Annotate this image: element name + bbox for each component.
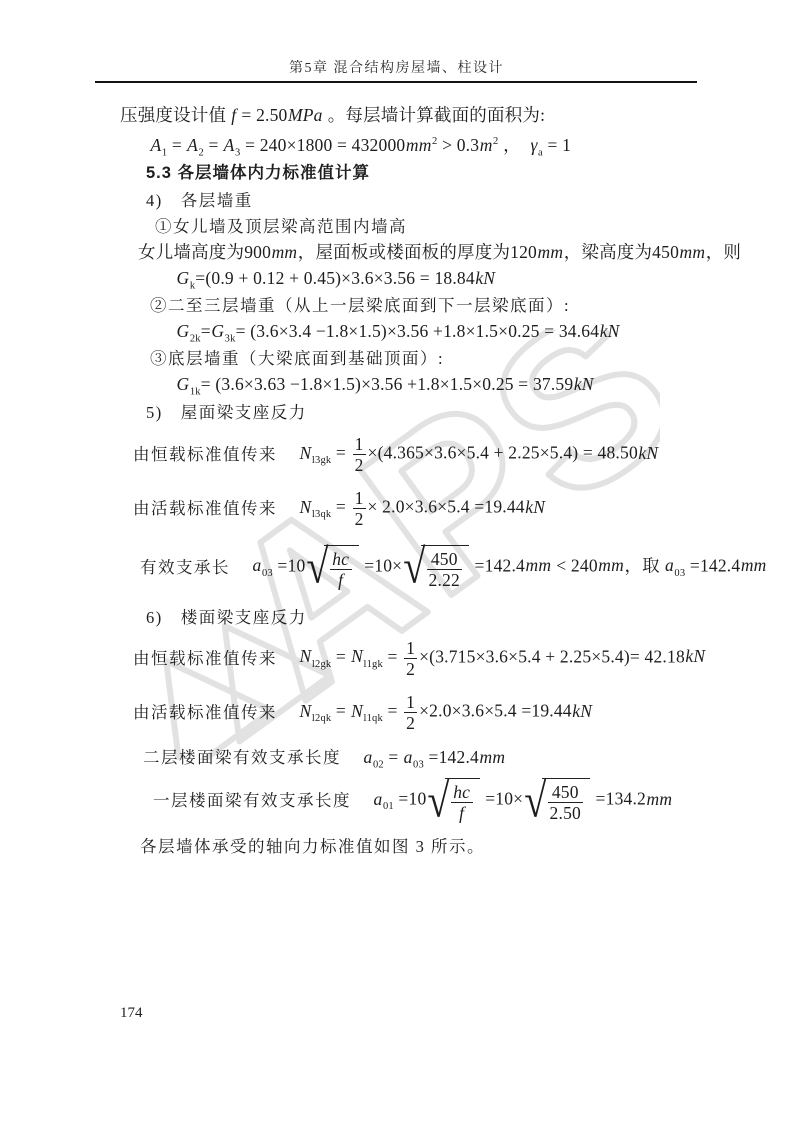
floor-live-load-label: 由活载标准值传来 bbox=[133, 701, 277, 724]
formula-gk: Gk=(0.9 + 0.12 + 0.45)×3.6×3.56 = 18.84k… bbox=[176, 267, 793, 290]
page-content: 压强度设计值 f = 2.50MPa 。每层墙计算截面的面积为: A1 = A2… bbox=[0, 96, 793, 858]
item-5-roof-beam-reaction: 5) 屋面梁支座反力 bbox=[146, 401, 793, 424]
formula-a03: a03 =10√hcf =10×√4502.22 =142.4mm < 240m… bbox=[252, 545, 767, 590]
formula-nl2qk: Nl2qk = Nl1qk = 12×2.0×3.6×5.4 =19.44kN bbox=[299, 692, 593, 733]
roof-dead-load-line: 由恒载标准值传来 Nl3gk = 12×(4.365×3.6×5.4 + 2.2… bbox=[133, 434, 793, 475]
parapet-dimensions-line: 女儿墙高度为900mm，屋面板或楼面板的厚度为120mm，梁高度为450mm，则 bbox=[138, 241, 793, 264]
section-heading: 5.3 各层墙体内力标准值计算 bbox=[146, 162, 793, 185]
subitem-2-middle-floors: ②二至三层墙重（从上一层梁底面到下一层梁底面）: bbox=[150, 294, 793, 317]
formula-g1k: G1k= (3.6×3.63 −1.8×1.5)×3.56 +1.8×1.5×0… bbox=[176, 373, 793, 396]
subitem-1-parapet: ①女儿墙及顶层梁高范围内墙高 bbox=[155, 215, 793, 238]
roof-live-load-line: 由活载标准值传来 Nl3qk = 12× 2.0×3.6×5.4 =19.44k… bbox=[133, 488, 793, 529]
formula-a01: a01 =10√hcf =10×√4502.50 =134.2mm bbox=[373, 778, 673, 823]
formula-g2k-g3k: G2k=G3k= (3.6×3.4 −1.8×1.5)×3.56 +1.8×1.… bbox=[176, 320, 793, 343]
closing-sentence: 各层墙体承受的轴向力标准值如图 3 所示。 bbox=[140, 835, 793, 858]
floor-dead-load-line: 由恒载标准值传来 Nl2gk = Nl1gk = 12×(3.715×3.6×5… bbox=[133, 638, 793, 679]
document-page: APS 第5章 混合结构房屋墙、柱设计 压强度设计值 f = 2.50MPa 。… bbox=[0, 0, 793, 1122]
header-divider bbox=[95, 81, 697, 83]
area-formula: A1 = A2 = A3 = 240×1800 = 432000mm2 > 0.… bbox=[150, 134, 793, 157]
item-4-wall-weight: 4) 各层墙重 bbox=[146, 189, 793, 212]
item-6-floor-beam-reaction: 6) 楼面梁支座反力 bbox=[146, 606, 793, 629]
subitem-3-bottom-floor: ③底层墙重（大梁底面到基础顶面）: bbox=[150, 347, 793, 370]
first-floor-support-length-label: 一层楼面梁有效支承长度 bbox=[153, 789, 351, 812]
effective-support-length-label: 有效支承长 bbox=[140, 556, 230, 579]
floor-live-load-line: 由活载标准值传来 Nl2qk = Nl1qk = 12×2.0×3.6×5.4 … bbox=[133, 692, 793, 733]
page-number: 174 bbox=[120, 1005, 143, 1022]
formula-nl3gk: Nl3gk = 12×(4.365×3.6×5.4 + 2.25×5.4) = … bbox=[299, 434, 659, 475]
second-floor-support-length-label: 二层楼面梁有效支承长度 bbox=[143, 746, 341, 769]
first-floor-support-length-line: 一层楼面梁有效支承长度 a01 =10√hcf =10×√4502.50 =13… bbox=[153, 778, 793, 823]
second-floor-support-length-line: 二层楼面梁有效支承长度 a02 = a03 =142.4mm bbox=[143, 746, 793, 769]
page-header-title: 第5章 混合结构房屋墙、柱设计 bbox=[0, 57, 793, 77]
intro-line: 压强度设计值 f = 2.50MPa 。每层墙计算截面的面积为: bbox=[120, 104, 793, 127]
roof-live-load-label: 由活载标准值传来 bbox=[133, 497, 277, 520]
roof-dead-load-label: 由恒载标准值传来 bbox=[133, 443, 277, 466]
effective-support-length-line: 有效支承长 a03 =10√hcf =10×√4502.22 =142.4mm … bbox=[140, 545, 793, 590]
floor-dead-load-label: 由恒载标准值传来 bbox=[133, 647, 277, 670]
formula-a02: a02 = a03 =142.4mm bbox=[363, 746, 506, 769]
formula-nl2gk: Nl2gk = Nl1gk = 12×(3.715×3.6×5.4 + 2.25… bbox=[299, 638, 706, 679]
formula-nl3qk: Nl3qk = 12× 2.0×3.6×5.4 =19.44kN bbox=[299, 488, 546, 529]
